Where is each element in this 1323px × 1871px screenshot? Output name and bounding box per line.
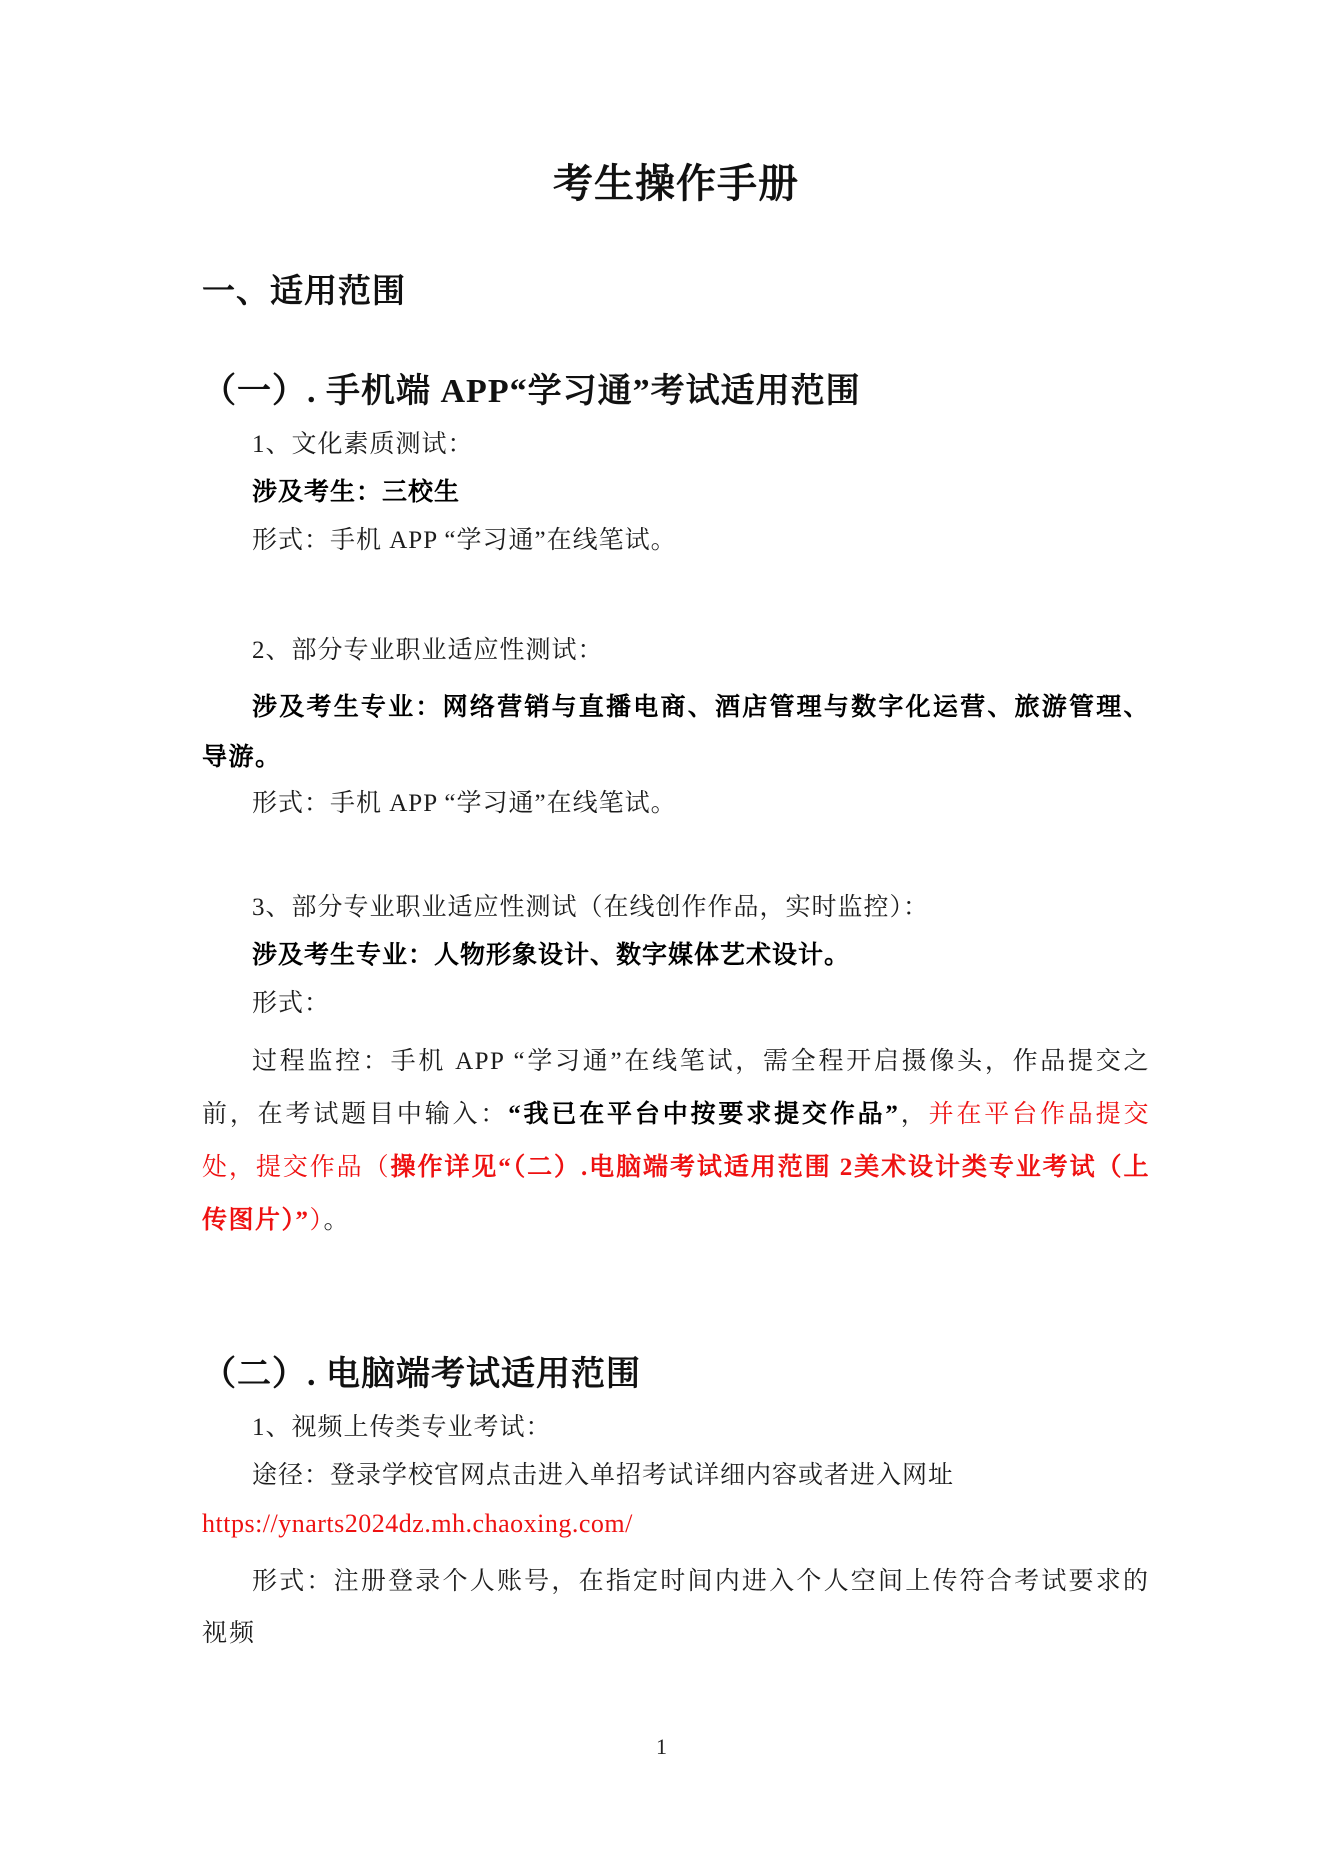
doc-title: 考生操作手册	[202, 160, 1150, 208]
mobile-item2-label: 2、部分专业职业适应性测试：	[202, 634, 1150, 668]
monitor-run-black-bold: “我已在平台中按要求提交作品”	[508, 1101, 899, 1128]
scope-heading: 一、适用范围	[202, 272, 1150, 312]
mobile-item2-students: 涉及考生专业：网络营销与直播电商、酒店管理与数字化运营、旅游管理、导游。	[202, 683, 1150, 783]
pc-section-heading: （二）. 电脑端考试适用范围	[202, 1353, 1150, 1397]
mobile-item1-label: 1、文化素质测试：	[202, 428, 1150, 462]
pc-item1-path: 途径：登录学校官网点击进入单招考试详细内容或者进入网址	[202, 1459, 1150, 1493]
exam-url-link[interactable]: https://ynarts2024dz.mh.chaoxing.com/	[202, 1507, 1150, 1541]
mobile-item2-format: 形式：手机 APP “学习通”在线笔试。	[202, 787, 1150, 821]
monitor-run-red-paren: ）	[310, 1207, 324, 1234]
pc-item1-format: 形式：注册登录个人账号，在指定时间内进入个人空间上传符合考试要求的视频	[202, 1556, 1150, 1660]
mobile-item1-students: 涉及考生：三校生	[202, 476, 1150, 510]
mobile-item1-format: 形式：手机 APP “学习通”在线笔试。	[202, 524, 1150, 558]
monitor-run-black-comma: ，	[899, 1101, 928, 1128]
pc-item1-label: 1、视频上传类专业考试：	[202, 1411, 1150, 1445]
page-number: 1	[0, 1734, 1323, 1760]
mobile-item3-format-label: 形式：	[202, 987, 1150, 1021]
mobile-item3-label: 3、部分专业职业适应性测试（在线创作作品，实时监控）：	[202, 891, 1150, 925]
mobile-section-heading: （一）. 手机端 APP“学习通”考试适用范围	[202, 370, 1150, 414]
mobile-item3-students: 涉及考生专业：人物形象设计、数字媒体艺术设计。	[202, 939, 1150, 973]
mobile-item3-monitor-paragraph: 过程监控：手机 APP “学习通”在线笔试，需全程开启摄像头，作品提交之前，在考…	[202, 1035, 1150, 1247]
document-page: 考生操作手册 一、适用范围 （一）. 手机端 APP“学习通”考试适用范围 1、…	[0, 0, 1323, 1871]
monitor-run-black-period: 。	[324, 1207, 351, 1234]
